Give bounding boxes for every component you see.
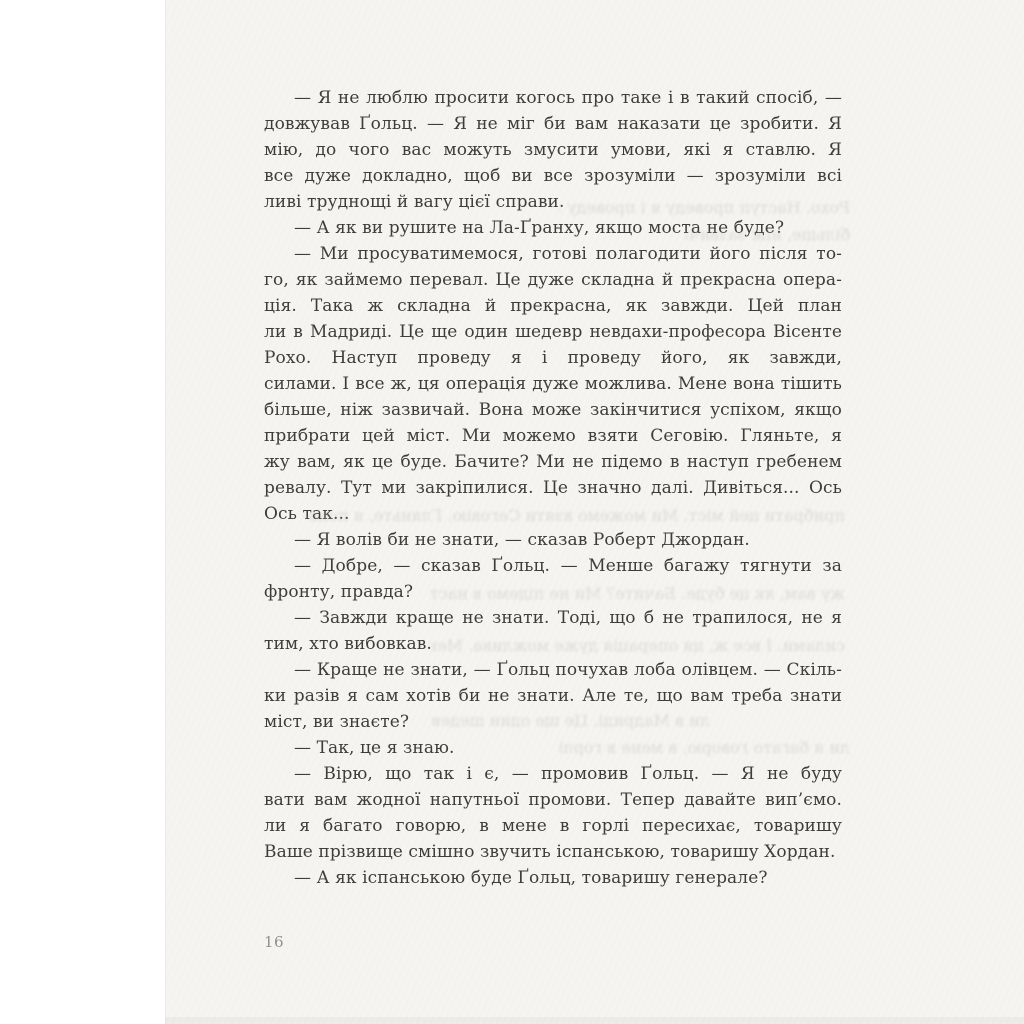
text-line: силами. І все ж, ця операція дуже можлив… bbox=[264, 371, 842, 397]
text-line: фронту, правда? bbox=[264, 579, 842, 605]
paragraph: — Завжди краще не знати. Тоді, що б не т… bbox=[264, 605, 842, 657]
text-line: ки разів я сам хотів би не знати. Але те… bbox=[264, 683, 842, 709]
paragraph: — Я волів би не знати, — сказав Роберт Д… bbox=[264, 527, 842, 553]
text-line: ли я багато говорю, в мене в горлі перес… bbox=[264, 813, 842, 839]
text-line: більше, ніж зазвичай. Вона може закінчит… bbox=[264, 397, 842, 423]
text-line: Рохо. Наступ проведу я і проведу його, я… bbox=[264, 345, 842, 371]
text-line: — Так, це я знаю. bbox=[264, 735, 842, 761]
text-line: — Вірю, що так і є, — промовив Ґольц. — … bbox=[264, 761, 842, 787]
paragraph: — А як ви рушите на Ла-Ґранху, якщо мост… bbox=[264, 215, 842, 241]
text-line: ли в Мадриді. Це ще один шедевр невдахи-… bbox=[264, 319, 842, 345]
text-line: мію, до чого вас можуть змусити умови, я… bbox=[264, 137, 842, 163]
paragraph: — Вірю, що так і є, — промовив Ґольц. — … bbox=[264, 761, 842, 865]
text-line: довжував Ґольц. — Я не міг би вам наказа… bbox=[264, 111, 842, 137]
paragraph: — Ми просуватимемося, готові полагодити … bbox=[264, 241, 842, 527]
text-line: ливі труднощі й вагу цієї справи. bbox=[264, 189, 842, 215]
text-line: Ваше прізвище смішно звучить іспанською,… bbox=[264, 839, 842, 865]
text-line: жу вам, як це буде. Бачите? Ми не підемо… bbox=[264, 449, 842, 475]
text-line: го, як займемо перевал. Це дуже складна … bbox=[264, 267, 842, 293]
book-page: — Я не люблю просити когось про таке і в… bbox=[165, 0, 1024, 1024]
text-line: — Завжди краще не знати. Тоді, що б не т… bbox=[264, 605, 842, 631]
text-line: ція. Така ж складна й прекрасна, як завж… bbox=[264, 293, 842, 319]
paragraph: — Так, це я знаю. bbox=[264, 735, 842, 761]
paragraph: — Добре, — сказав Ґольц. — Менше багажу … bbox=[264, 553, 842, 605]
paragraph: — Краще не знати, — Ґольц почухав лоба о… bbox=[264, 657, 842, 735]
text-line: тим, хто вибовкав. bbox=[264, 631, 842, 657]
text-line: — Краще не знати, — Ґольц почухав лоба о… bbox=[264, 657, 842, 683]
text-line: — Я волів би не знати, — сказав Роберт Д… bbox=[264, 527, 842, 553]
text-line: — Добре, — сказав Ґольц. — Менше багажу … bbox=[264, 553, 842, 579]
text-line: — Ми просуватимемося, готові полагодити … bbox=[264, 241, 842, 267]
text-line: Ось так... bbox=[264, 501, 842, 527]
text-line: ревалу. Тут ми закріпилися. Це значно да… bbox=[264, 475, 842, 501]
text-block: — Я не люблю просити когось про таке і в… bbox=[264, 85, 842, 891]
text-line: міст, ви знаєте? bbox=[264, 709, 842, 735]
text-line: — А як іспанською буде Ґольц, товаришу г… bbox=[264, 865, 842, 891]
paragraph: — А як іспанською буде Ґольц, товаришу г… bbox=[264, 865, 842, 891]
paragraph: — Я не люблю просити когось про таке і в… bbox=[264, 85, 842, 215]
page-number: 16 bbox=[264, 933, 284, 951]
text-line: прибрати цей міст. Ми можемо взяти Сегов… bbox=[264, 423, 842, 449]
text-line: — Я не люблю просити когось про таке і в… bbox=[264, 85, 842, 111]
text-line: — А як ви рушите на Ла-Ґранху, якщо мост… bbox=[264, 215, 842, 241]
text-line: все дуже докладно, щоб ви все зрозуміли … bbox=[264, 163, 842, 189]
text-line: вати вам жодної напутньої промови. Тепер… bbox=[264, 787, 842, 813]
